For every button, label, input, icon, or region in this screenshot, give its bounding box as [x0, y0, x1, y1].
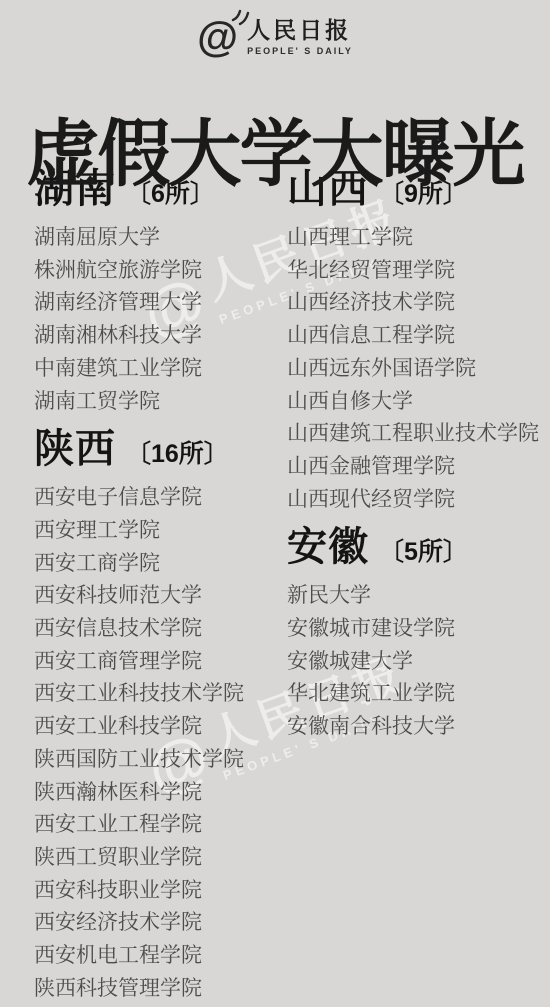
province-count: 〔5所〕: [379, 529, 468, 575]
university-item: 西安工商学院: [34, 548, 287, 581]
university-item: 山西建筑工程职业技术学院: [287, 418, 542, 451]
university-item: 西安理工学院: [34, 515, 287, 548]
university-item: 新民大学: [287, 580, 542, 613]
section-shanxi: 山西 〔9所〕 山西理工学院 华北经贸管理学院 山西经济技术学院 山西信息工程学…: [287, 166, 542, 516]
university-item: 西安信息技术学院: [34, 613, 287, 646]
page-title: 虚假大学大曝光: [0, 111, 550, 199]
university-item: 陕西国防工业技术学院: [34, 744, 287, 777]
university-item: 山西现代经贸学院: [287, 484, 542, 517]
university-item: 安徽南合科技大学: [287, 711, 542, 744]
section-header: 陕西 〔16所〕: [34, 426, 287, 477]
province-name: 安徽: [287, 524, 369, 570]
section-anhui: 安徽 〔5所〕 新民大学 安徽城市建设学院 安徽城建大学 华北建筑工业学院 安徽…: [287, 524, 542, 744]
university-item: 西安工业科技学院: [34, 711, 287, 744]
section-hunan: 湖南 〔6所〕 湖南屈原大学 株洲航空旅游学院 湖南经济管理大学 湖南湘林科技大…: [34, 166, 287, 418]
university-item: 西安工业科技技术学院: [34, 678, 287, 711]
university-item: 湖南工贸学院: [34, 386, 287, 419]
university-item: 陕西科技管理学院: [34, 973, 287, 1006]
university-item: 中南建筑工业学院: [34, 353, 287, 386]
university-item: 湖南湘林科技大学: [34, 320, 287, 353]
university-item: 西安经济技术学院: [34, 907, 287, 940]
province-columns: 湖南 〔6所〕 湖南屈原大学 株洲航空旅游学院 湖南经济管理大学 湖南湘林科技大…: [34, 166, 542, 1005]
university-item: 湖南屈原大学: [34, 222, 287, 255]
left-column: 湖南 〔6所〕 湖南屈原大学 株洲航空旅游学院 湖南经济管理大学 湖南湘林科技大…: [34, 166, 287, 1005]
university-item: 株洲航空旅游学院: [34, 255, 287, 288]
university-item: 华北经贸管理学院: [287, 255, 542, 288]
university-item: 华北建筑工业学院: [287, 678, 542, 711]
university-item: 山西信息工程学院: [287, 320, 542, 353]
university-list: 新民大学 安徽城市建设学院 安徽城建大学 华北建筑工业学院 安徽南合科技大学: [287, 580, 542, 744]
university-list: 湖南屈原大学 株洲航空旅游学院 湖南经济管理大学 湖南湘林科技大学 中南建筑工业…: [34, 222, 287, 418]
university-list: 西安电子信息学院 西安理工学院 西安工商学院 西安科技师范大学 西安信息技术学院…: [34, 482, 287, 1005]
province-count: 〔16所〕: [126, 431, 229, 477]
university-item: 西安工业工程学院: [34, 809, 287, 842]
section-shaanxi: 陕西 〔16所〕 西安电子信息学院 西安理工学院 西安工商学院 西安科技师范大学…: [34, 426, 287, 1005]
brand-tagline: PEOPLE' S DAILY: [247, 46, 353, 56]
university-item: 陕西瀚林医科学院: [34, 777, 287, 810]
university-item: 山西远东外国语学院: [287, 353, 542, 386]
peoples-daily-logo: @ 人民日报 PEOPLE' S DAILY: [0, 16, 550, 58]
university-item: 湖南经济管理大学: [34, 287, 287, 320]
university-item: 山西经济技术学院: [287, 287, 542, 320]
university-item: 西安工商管理学院: [34, 646, 287, 679]
fake-universities-poster: @ 人民日报 PEOPLE' S DAILY @ 人民日报 PEOPLE' S …: [0, 0, 550, 1007]
brand-name: 人民日报: [247, 18, 351, 43]
university-item: 陕西工贸职业学院: [34, 842, 287, 875]
university-item: 西安科技师范大学: [34, 580, 287, 613]
university-list: 山西理工学院 华北经贸管理学院 山西经济技术学院 山西信息工程学院 山西远东外国…: [287, 222, 542, 516]
province-name: 陕西: [34, 426, 116, 472]
broadcast-waves-icon: [230, 7, 250, 27]
university-item: 山西金融管理学院: [287, 451, 542, 484]
university-item: 西安机电工程学院: [34, 940, 287, 973]
university-item: 山西理工学院: [287, 222, 542, 255]
right-column: 山西 〔9所〕 山西理工学院 华北经贸管理学院 山西经济技术学院 山西信息工程学…: [287, 166, 542, 1005]
university-item: 安徽城市建设学院: [287, 613, 542, 646]
section-header: 安徽 〔5所〕: [287, 524, 542, 575]
university-item: 西安电子信息学院: [34, 482, 287, 515]
university-item: 西安科技职业学院: [34, 875, 287, 908]
university-item: 安徽城建大学: [287, 646, 542, 679]
university-item: 山西自修大学: [287, 386, 542, 419]
